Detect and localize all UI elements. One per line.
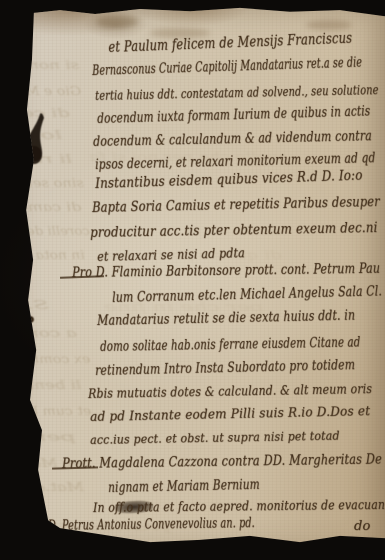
manuscript-line: producitur acc.tis pter obtentum exeum d… [90, 220, 378, 241]
bleedthrough-line: Mat.a bene [0, 480, 84, 494]
bleedthrough-line: et cum banes [0, 404, 91, 418]
manuscript-line: Rbis mutuatis dotes & calculand. & alt m… [88, 382, 372, 402]
bleedthrough-line: in nota bene [0, 248, 85, 262]
manuscript-line: In off.o ptta et facto aepred. monitoriu… [93, 498, 385, 516]
manuscript-line: Bapta Soria Camius et repetitis Paribus … [92, 194, 380, 216]
bleedthrough-line: S.Rd [0, 298, 48, 312]
manuscript-line: ad pd Instante eodem Pilli suis R.io D.D… [90, 404, 370, 425]
manuscript-line: lum Corranum etc.len Michael Angelus Sal… [112, 283, 382, 306]
bleedthrough-line: si non mai [0, 58, 79, 72]
bleedthrough-line: di cameras [0, 200, 81, 214]
bleedthrough-line: ex communis [0, 352, 90, 366]
manuscript-line: et Paulum felicem de Mensijs Franciscus [108, 29, 352, 56]
manuscript-line: Bernasconus Curiae Capitolij Mandatarius… [92, 55, 362, 79]
bleedthrough-line: a comunij [0, 326, 77, 340]
manuscript-line: D. Petrus Antonius Convenevolius an. pd. [48, 515, 255, 534]
top-edge-stain [96, 16, 138, 28]
bleedthrough-line: li beni suoi [0, 378, 81, 392]
manuscript-line: nignam et Mariam Bernium [108, 477, 260, 496]
manuscript-line: tertia huius ddt. contestatam ad solvend… [95, 83, 379, 104]
ink-dot [26, 316, 34, 323]
ink-dot [23, 331, 29, 337]
manuscript-line: Pro D. Flaminio Barbitonsore prott. cont… [72, 261, 380, 281]
manuscript-line: docendum iuxta formam Iurium de quibus i… [97, 103, 371, 127]
manuscript-line: Prott. Magdalena Cazzona contra DD. Marg… [62, 452, 382, 472]
bleedthrough-line: corelli de qua [0, 224, 90, 238]
manuscript-line: do [354, 519, 371, 534]
manuscript-line: acc.ius pect. et obst. ut supra nisi pet… [90, 428, 340, 447]
manuscript-line: # [28, 508, 42, 527]
manuscript-line: retinendum Intro Insta Subordato pro tot… [95, 357, 355, 379]
bleedthrough-line: Gio e Mario [0, 84, 81, 98]
bleedthrough-line: per ville [0, 430, 76, 444]
photo-backdrop: si non maiGio e Mariodi censolo in elli … [0, 0, 385, 560]
manuscript-paper: si non maiGio e Mariodi censolo in elli … [0, 0, 385, 560]
manuscript-line: domo solitae hab.onis ferrane eiusdem Ci… [100, 334, 361, 355]
ink-blot [18, 110, 58, 172]
bleedthrough-line: sino sempre [0, 176, 84, 190]
manuscript-line: docendum & calculandum & ad videndum con… [93, 128, 372, 150]
